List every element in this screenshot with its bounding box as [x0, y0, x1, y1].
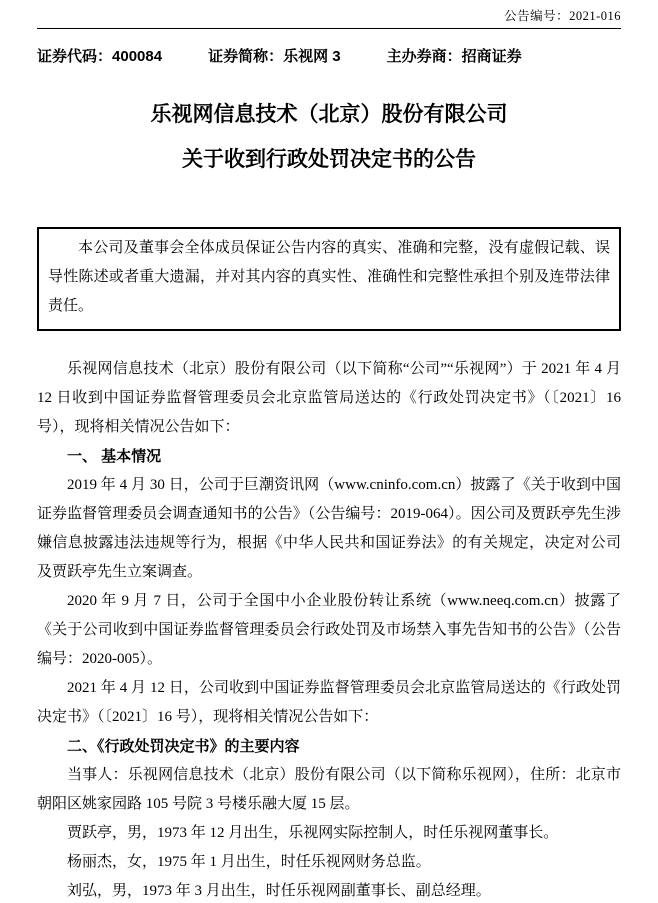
party-yanglijie-paragraph: 杨丽杰，女，1975 年 1 月出生，时任乐视网财务总监。 — [37, 848, 621, 877]
stock-code: 证券代码：400084 — [37, 46, 162, 67]
party-liuhong-paragraph: 刘弘，男，1973 年 3 月出生，时任乐视网副董事长、副总经理。 — [37, 877, 621, 903]
document-title-line-1: 乐视网信息技术（北京）股份有限公司 — [37, 92, 621, 137]
stock-short-name: 证券简称：乐视网 3 — [208, 46, 341, 67]
announcement-number: 公告编号：2021-016 — [37, 8, 621, 24]
disclaimer-text: 本公司及董事会全体成员保证公告内容的真实、准确和完整，没有虚假记载、误导性陈述或… — [48, 234, 610, 321]
sponsor-broker-label: 主办券商： — [387, 48, 462, 65]
sponsor-broker-value: 招商证券 — [462, 48, 522, 65]
announcement-page: 公告编号：2021-016 证券代码：400084 证券简称：乐视网 3 主办券… — [0, 0, 658, 903]
section-1-paragraph-1: 2019 年 4 月 30 日，公司于巨潮资讯网（www.cninfo.com.… — [37, 471, 621, 587]
document-title: 乐视网信息技术（北京）股份有限公司 关于收到行政处罚决定书的公告 — [37, 92, 621, 182]
header-divider — [37, 28, 621, 29]
section-1-paragraph-2: 2020 年 9 月 7 日，公司于全国中小企业股份转让系统（www.neeq.… — [37, 587, 621, 674]
section-1-heading: 一、 基本情况 — [37, 442, 621, 471]
party-jiayueting-paragraph: 贾跃亭，男，1973 年 12 月出生，乐视网实际控制人，时任乐视网董事长。 — [37, 819, 621, 848]
stock-code-value: 400084 — [112, 48, 162, 65]
section-2-heading: 二、《行政处罚决定书》的主要内容 — [37, 732, 621, 761]
securities-header-row: 证券代码：400084 证券简称：乐视网 3 主办券商：招商证券 — [37, 46, 621, 67]
stock-code-label: 证券代码： — [37, 48, 112, 65]
section-1-paragraph-3: 2021 年 4 月 12 日，公司收到中国证券监督管理委员会北京监管局送达的《… — [37, 674, 621, 732]
document-title-line-2: 关于收到行政处罚决定书的公告 — [37, 137, 621, 182]
stock-short-name-value: 乐视网 3 — [283, 48, 341, 65]
sponsor-broker: 主办券商：招商证券 — [387, 46, 522, 67]
party-company-paragraph: 当事人：乐视网信息技术（北京）股份有限公司（以下简称乐视网），住所：北京市朝阳区… — [37, 761, 621, 819]
announcement-body: 乐视网信息技术（北京）股份有限公司（以下简称“公司”“乐视网”）于 2021 年… — [37, 355, 621, 903]
stock-short-name-label: 证券简称： — [208, 48, 283, 65]
disclaimer-box: 本公司及董事会全体成员保证公告内容的真实、准确和完整，没有虚假记载、误导性陈述或… — [37, 227, 621, 331]
intro-paragraph: 乐视网信息技术（北京）股份有限公司（以下简称“公司”“乐视网”）于 2021 年… — [37, 355, 621, 442]
